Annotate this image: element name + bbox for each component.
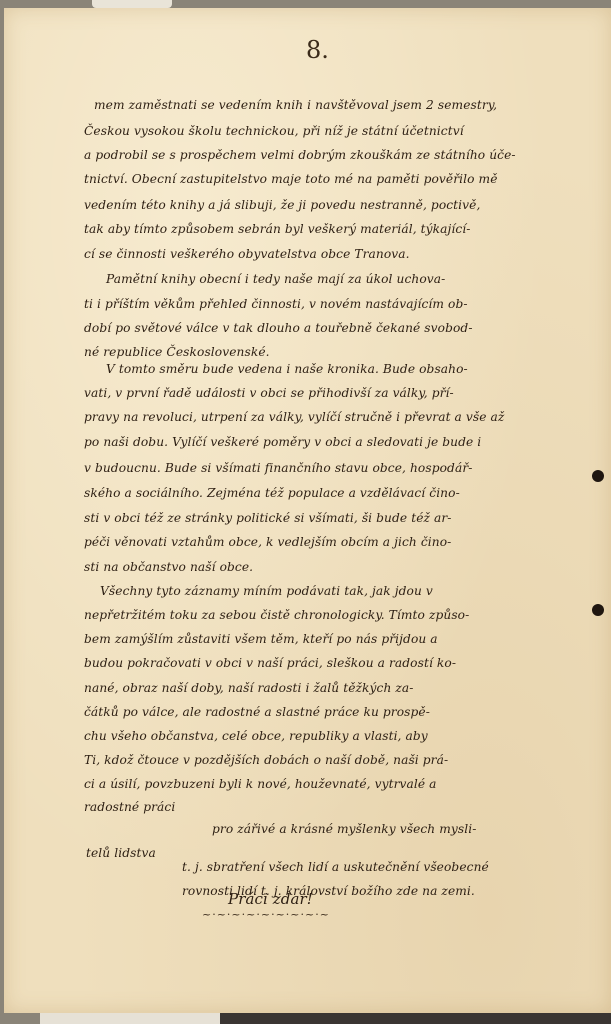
top-clip — [92, 0, 172, 8]
text-line: tnictví. Obecní zastupitelstvo maje toto… — [84, 172, 498, 186]
page-number: 8. — [306, 36, 329, 64]
text-line: Českou vysokou školu technickou, při níž… — [84, 124, 464, 138]
bottom-edge-dark — [220, 1013, 611, 1024]
text-line: vati, v první řadě události v obci se př… — [84, 386, 454, 400]
text-line: sti v obci též ze stránky politické si v… — [84, 511, 452, 525]
text-line: čátků po válce, ale radostné a slastné p… — [84, 705, 430, 719]
text-line: pravy na revoluci, utrpení za války, vyl… — [84, 410, 504, 424]
text-line: nané, obraz naší doby, naší radosti i ža… — [84, 681, 413, 695]
text-line: ského a sociálního. Zejména též populace… — [84, 486, 460, 500]
text-line: tak aby tímto způsobem sebrán byl vešker… — [84, 222, 471, 236]
text-line: pro zářivé a krásné myšlenky všech mysli… — [212, 822, 476, 836]
text-line: V tomto směru bude vedena i naše kronika… — [106, 362, 468, 376]
closing-salutation: Práci zdar! — [228, 890, 313, 908]
text-line: rovnosti lidí t. j. království božího zd… — [182, 884, 475, 898]
binding-hole-upper — [592, 470, 604, 482]
text-line: Pamětní knihy obecní i tedy naše mají za… — [106, 272, 445, 286]
closing-decoration: ~·~·~·~·~·~·~·~·~ — [202, 908, 330, 921]
text-line: budou pokračovati v obci v naší práci, s… — [84, 656, 456, 670]
text-line: sti na občanstvo naší obce. — [84, 560, 253, 574]
text-line: radostné práci — [84, 800, 175, 814]
binding-hole-lower — [592, 604, 604, 616]
text-line: bem zamýšlím zůstaviti všem těm, kteří p… — [84, 632, 438, 646]
text-line: chu všeho občanstva, celé obce, republik… — [84, 729, 428, 743]
text-line: ci a úsilí, povzbuzeni byli k nové, houž… — [84, 777, 437, 791]
text-line: telů lidstva — [86, 846, 156, 860]
text-line: mem zaměstnati se vedením knih i navštěv… — [94, 98, 497, 112]
text-line: péči věnovati vztahům obce, k vedlejším … — [84, 535, 451, 549]
text-line: po naši dobu. Vylíčí veškeré poměry v ob… — [84, 435, 481, 449]
text-line: a podrobil se s prospěchem velmi dobrým … — [84, 148, 516, 162]
text-line: né republice Československé. — [84, 345, 270, 359]
text-line: vedením této knihy a já slibuji, že ji p… — [84, 198, 480, 212]
text-line: ti i příštím věkům přehled činnosti, v n… — [84, 297, 468, 311]
text-line: v budoucnu. Bude si všímati finančního s… — [84, 461, 472, 475]
text-line: Ti, kdož čtouce v pozdějších dobách o na… — [84, 753, 448, 767]
bottom-edge-light — [40, 1013, 220, 1024]
text-line: Všechny tyto záznamy míním podávati tak,… — [100, 584, 433, 598]
text-line: t. j. sbratření všech lidí a uskutečnění… — [182, 860, 489, 874]
text-line: cí se činnosti veškerého obyvatelstva ob… — [84, 247, 410, 261]
text-line: dobí po světové válce v tak dlouho a tou… — [84, 321, 473, 335]
text-line: nepřetržitém toku za sebou čistě chronol… — [84, 608, 469, 622]
